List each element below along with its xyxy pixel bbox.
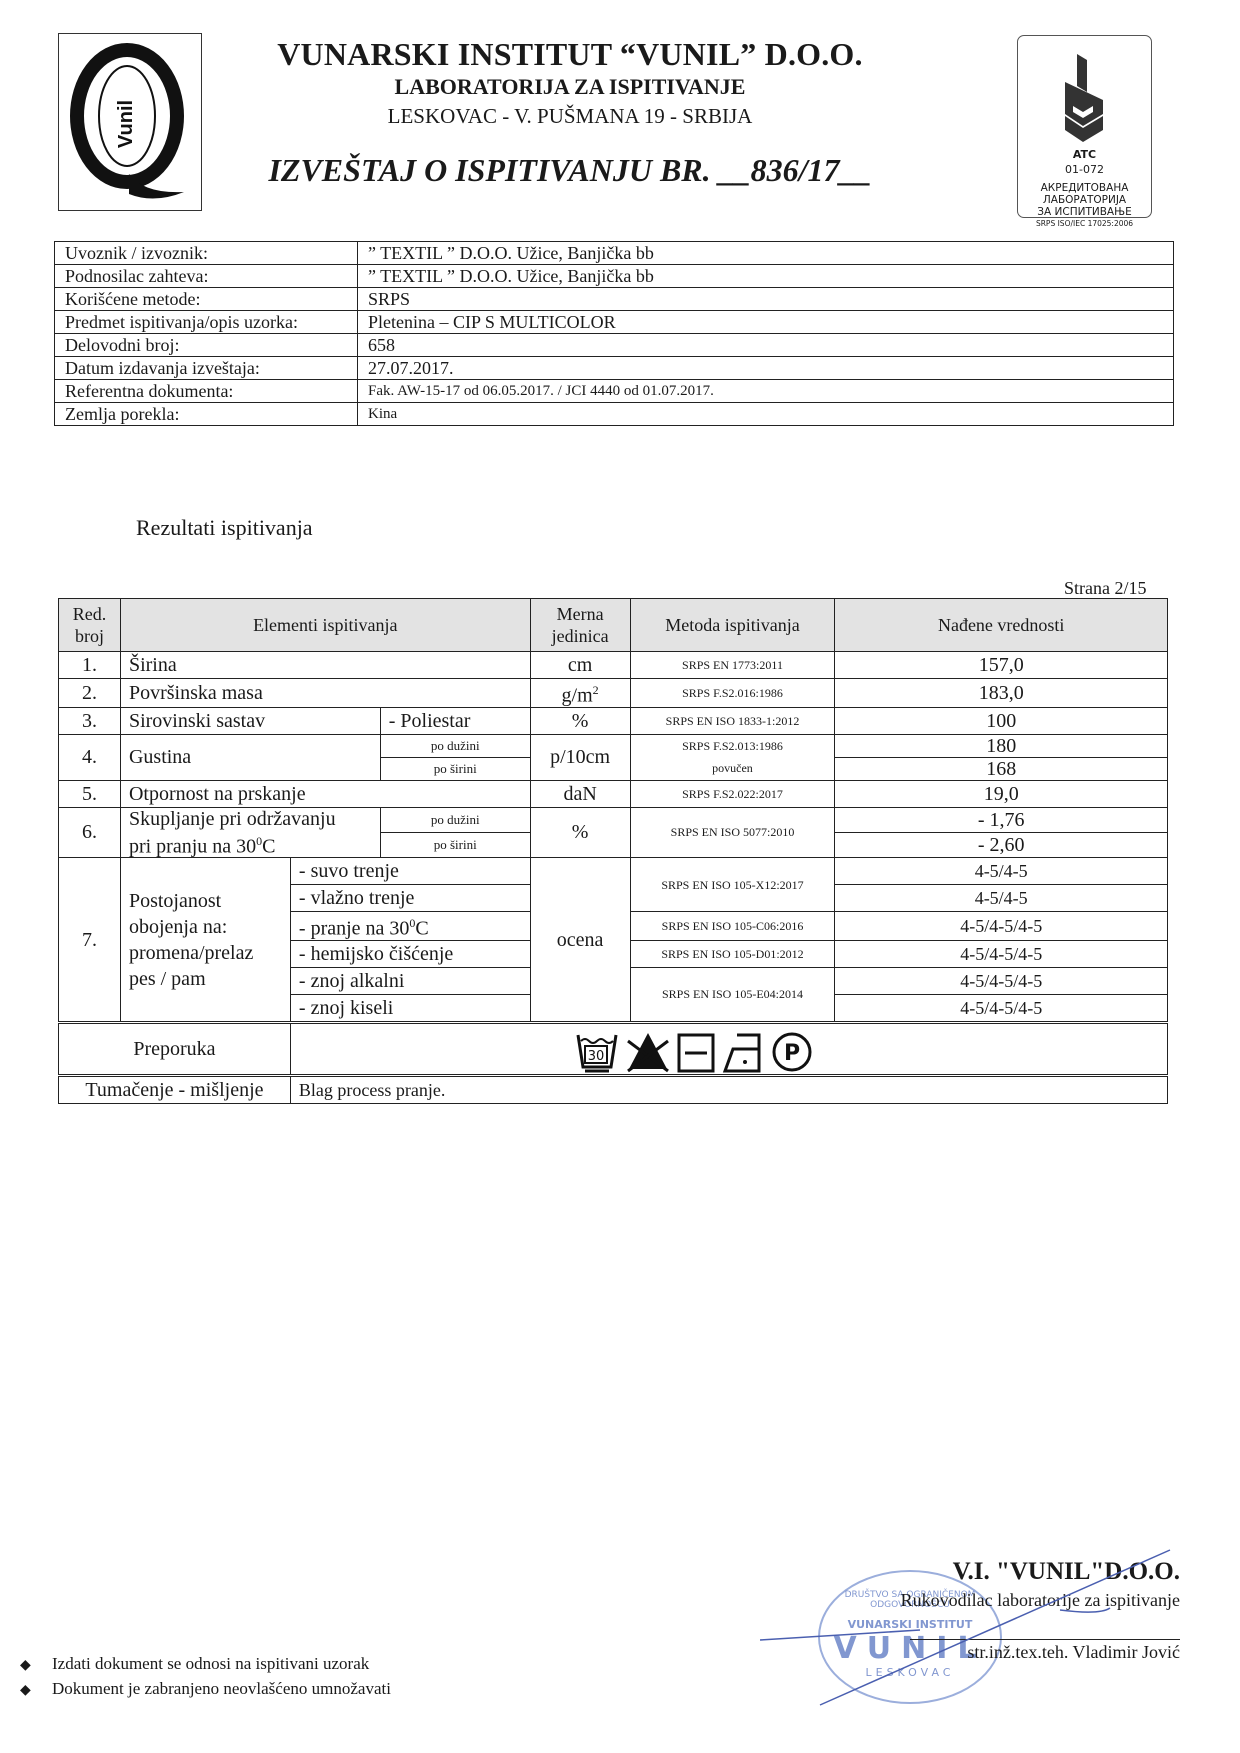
element-line: promena/prelaz <box>129 940 282 966</box>
recommendation-row: Preporuka 30 <box>59 1022 1168 1075</box>
row-method: SRPS F.S2.016:1986 <box>630 679 835 708</box>
row-value: 19,0 <box>835 780 1168 807</box>
opinion-row: Tumačenje - mišljenje Blag process pranj… <box>59 1075 1168 1103</box>
row-value: 4-5/4-5 <box>835 885 1168 912</box>
row-subelement: - suvo trenje <box>290 858 530 885</box>
table-row: 3. Sirovinski sastav - Poliestar % SRPS … <box>59 707 1168 734</box>
handwritten-signature-icon <box>760 1540 1180 1710</box>
opinion-label: Tumačenje - mišljenje <box>59 1075 291 1103</box>
iron-low-icon <box>721 1031 765 1073</box>
row-value: - 2,60 <box>835 832 1168 857</box>
dry-clean-p-icon: P <box>771 1031 813 1073</box>
results-table: Red. broj Elementi ispitivanja Merna jed… <box>58 598 1168 1104</box>
element-line1: Skupljanje pri održavanju <box>129 808 372 830</box>
info-row: Datum izdavanja izveštaja:27.07.2017. <box>55 357 1174 380</box>
row-element: Postojanost obojenja na: promena/prelaz … <box>120 858 290 1023</box>
row-subelement: po dužini <box>380 734 530 757</box>
info-value: ” TEXTIL ” D.O.O. Užice, Banjička bb <box>358 265 1174 288</box>
footer-notes: ◆Izdati dokument se odnosi na ispitivani… <box>20 1652 391 1702</box>
info-row: Zemlja porekla:Kina <box>55 403 1174 426</box>
row-value: 157,0 <box>835 652 1168 679</box>
atc-code: 01-072 <box>1018 163 1151 176</box>
row-method: SRPS EN 1773:2011 <box>630 652 835 679</box>
row-element: Skupljanje pri održavanju pri pranju na … <box>120 807 380 858</box>
accreditation-line3: ЗА ИСПИТИВАЊЕ <box>1018 206 1151 218</box>
info-row: Uvoznik / izvoznik:” TEXTIL ” D.O.O. Uži… <box>55 242 1174 265</box>
info-value: SRPS <box>358 288 1174 311</box>
row-method: SRPS EN ISO 1833-1:2012 <box>630 707 835 734</box>
info-value: Pletenina – CIP S MULTICOLOR <box>358 311 1174 334</box>
care-symbols: 30 P <box>290 1022 1167 1075</box>
accreditation-standard: SRPS ISO/IEC 17025:2006 <box>1018 219 1151 228</box>
table-row: 2. Površinska masa g/m2 SRPS F.S2.016:19… <box>59 679 1168 708</box>
row-no: 3. <box>59 707 121 734</box>
info-label: Delovodni broj: <box>55 334 358 357</box>
unit-sup: 2 <box>593 683 599 697</box>
row-subelement: - pranje na 300C <box>290 912 530 941</box>
element-line: pes / pam <box>129 966 282 992</box>
info-label: Predmet ispitivanja/opis uzorka: <box>55 311 358 334</box>
info-value: ” TEXTIL ” D.O.O. Užice, Banjička bb <box>358 242 1174 265</box>
row-subelement: - znoj kiseli <box>290 994 530 1022</box>
row-value: 4-5/4-5/4-5 <box>835 967 1168 994</box>
wash-30-icon: 30 <box>575 1029 619 1073</box>
row-subelement: po dužini <box>380 807 530 832</box>
row-unit: p/10cm <box>530 734 630 780</box>
row-method: SRPS EN ISO 105-E04:2014 <box>630 967 835 1022</box>
element-line2: pri pranju na 300C <box>129 830 372 858</box>
info-label: Podnosilac zahteva: <box>55 265 358 288</box>
row-subelement: - hemijsko čišćenje <box>290 940 530 967</box>
row-subelement: - znoj alkalni <box>290 967 530 994</box>
atc-logo-icon <box>1063 54 1105 142</box>
row-method: SRPS EN ISO 105-X12:2017 <box>630 858 835 912</box>
info-row: Predmet ispitivanja/opis uzorka:Pletenin… <box>55 311 1174 334</box>
unit-text: g/m <box>562 685 593 707</box>
row-value: 4-5/4-5/4-5 <box>835 940 1168 967</box>
report-title: IZVEŠTAJ O ISPITIVANJU BR. __836/17__ <box>220 152 920 189</box>
info-row: Podnosilac zahteva:” TEXTIL ” D.O.O. Uži… <box>55 265 1174 288</box>
row-no: 4. <box>59 734 121 780</box>
row-value: 100 <box>835 707 1168 734</box>
row-method: SRPS F.S2.013:1986povučen <box>630 734 835 780</box>
row-unit: % <box>530 707 630 734</box>
accreditation-line1: АКРЕДИТОВАНА <box>1018 182 1151 194</box>
table-row: 1. Širina cm SRPS EN 1773:2011 157,0 <box>59 652 1168 679</box>
header-unit: Merna jedinica <box>530 599 630 652</box>
row-no: 7. <box>59 858 121 1023</box>
row-element: Otpornost na prskanje <box>120 780 530 807</box>
q-logo-icon: Vunil <box>59 34 201 210</box>
row-subelement: po širini <box>380 757 530 780</box>
row-subelement: - Poliestar <box>380 707 530 734</box>
row-element: Gustina <box>120 734 380 780</box>
element-line: Postojanost <box>129 888 282 914</box>
row-unit: % <box>530 807 630 858</box>
info-label: Datum izdavanja izveštaja: <box>55 357 358 380</box>
row-unit: ocena <box>530 858 630 1023</box>
table-row: 6. Skupljanje pri održavanju pri pranju … <box>59 807 1168 832</box>
note-text: Dokument je zabranjeno neovlašćeno umnož… <box>52 1679 391 1698</box>
row-method: SRPS EN ISO 105-D01:2012 <box>630 940 835 967</box>
vunil-logo: Vunil <box>58 33 202 211</box>
row-no: 6. <box>59 807 121 858</box>
opinion-value: Blag process pranje. <box>290 1075 1167 1103</box>
accreditation-line2: ЛАБОРАТОРИЈА <box>1018 194 1151 206</box>
row-unit: g/m2 <box>530 679 630 708</box>
info-label: Uvoznik / izvoznik: <box>55 242 358 265</box>
note-text: Izdati dokument se odnosi na ispitivani … <box>52 1654 369 1673</box>
header-method: Metoda ispitivanja <box>630 599 835 652</box>
row-method: SRPS EN ISO 5077:2010 <box>630 807 835 858</box>
element-end: C <box>262 835 275 857</box>
sub-end: C <box>415 918 428 940</box>
note-item: ◆Izdati dokument se odnosi na ispitivani… <box>20 1652 391 1677</box>
row-value: 183,0 <box>835 679 1168 708</box>
table-row: 7. Postojanost obojenja na: promena/prel… <box>59 858 1168 885</box>
info-value: Kina <box>358 403 1174 426</box>
info-row: Referentna dokumenta:Fak. AW-15-17 od 06… <box>55 380 1174 403</box>
row-subelement: po širini <box>380 832 530 857</box>
svg-text:Vunil: Vunil <box>115 100 137 148</box>
report-info-table: Uvoznik / izvoznik:” TEXTIL ” D.O.O. Uži… <box>54 241 1174 426</box>
info-label: Korišćene metode: <box>55 288 358 311</box>
dry-flat-icon <box>677 1031 715 1073</box>
header-element: Elementi ispitivanja <box>120 599 530 652</box>
accreditation-badge: ATC 01-072 АКРЕДИТОВАНА ЛАБОРАТОРИЈА ЗА … <box>1017 35 1152 218</box>
institute-name: VUNARSKI INSTITUT “VUNIL” D.O.O. <box>220 36 920 73</box>
row-value: 180 <box>835 734 1168 757</box>
row-element: Površinska masa <box>120 679 530 708</box>
row-element: Sirovinski sastav <box>120 707 380 734</box>
section-title: Rezultati ispitivanja <box>136 515 313 541</box>
svg-text:30: 30 <box>588 1049 605 1064</box>
diamond-bullet-icon: ◆ <box>20 1654 52 1677</box>
method-text: SRPS F.S2.013:1986 <box>639 735 827 757</box>
row-value: 4-5/4-5/4-5 <box>835 912 1168 941</box>
info-value: Fak. AW-15-17 od 06.05.2017. / JCI 4440 … <box>358 380 1174 403</box>
do-not-bleach-icon <box>625 1029 671 1073</box>
info-label: Referentna dokumenta: <box>55 380 358 403</box>
row-value: 4-5/4-5/4-5 <box>835 994 1168 1022</box>
method-note: povučen <box>639 757 827 779</box>
element-text: pri pranju na 30 <box>129 835 256 857</box>
sub-text: - pranje na 30 <box>299 918 410 940</box>
laboratory-name: LABORATORIJA ZA ISPITIVANJE <box>220 74 920 100</box>
svg-text:P: P <box>784 1041 800 1066</box>
row-no: 5. <box>59 780 121 807</box>
header-value: Nađene vrednosti <box>835 599 1168 652</box>
row-unit: cm <box>530 652 630 679</box>
diamond-bullet-icon: ◆ <box>20 1679 52 1702</box>
row-value: - 1,76 <box>835 807 1168 832</box>
page-number: Strana 2/15 <box>1064 578 1147 599</box>
row-subelement: - vlažno trenje <box>290 885 530 912</box>
info-row: Delovodni broj:658 <box>55 334 1174 357</box>
row-value: 4-5/4-5 <box>835 858 1168 885</box>
table-row: 4. Gustina po dužini p/10cm SRPS F.S2.01… <box>59 734 1168 757</box>
row-method: SRPS EN ISO 105-C06:2016 <box>630 912 835 941</box>
note-item: ◆Dokument je zabranjeno neovlašćeno umno… <box>20 1677 391 1702</box>
row-value: 168 <box>835 757 1168 780</box>
atc-label: ATC <box>1018 148 1151 161</box>
address: LESKOVAC - V. PUŠMANA 19 - SRBIJA <box>220 104 920 129</box>
table-row: 5. Otpornost na prskanje daN SRPS F.S2.0… <box>59 780 1168 807</box>
info-value: 27.07.2017. <box>358 357 1174 380</box>
info-value: 658 <box>358 334 1174 357</box>
element-line: obojenja na: <box>129 914 282 940</box>
row-element: Širina <box>120 652 530 679</box>
row-unit: daN <box>530 780 630 807</box>
results-header-row: Red. broj Elementi ispitivanja Merna jed… <box>59 599 1168 652</box>
header-no: Red. broj <box>59 599 121 652</box>
row-no: 1. <box>59 652 121 679</box>
row-no: 2. <box>59 679 121 708</box>
info-row: Korišćene metode:SRPS <box>55 288 1174 311</box>
info-label: Zemlja porekla: <box>55 403 358 426</box>
row-method: SRPS F.S2.022:2017 <box>630 780 835 807</box>
